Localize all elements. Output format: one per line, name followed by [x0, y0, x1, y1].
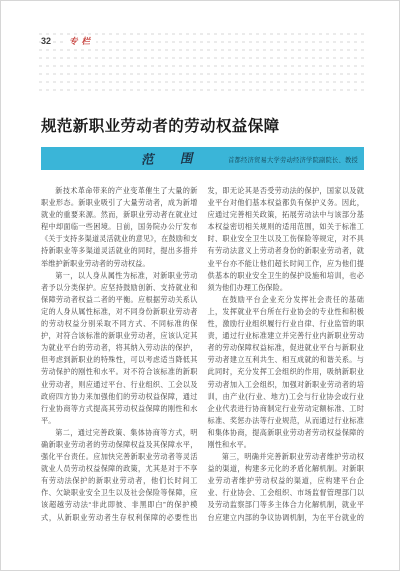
article-title: 规范新职业劳动者的劳动权益保障	[41, 116, 365, 138]
article-body: 新技术革命带来的产业变革催生了大量的新职业形态。新职业吸引了大量劳动者，成为新增…	[41, 185, 364, 525]
page-header: 32 专栏	[41, 35, 96, 47]
article-paragraph: 在鼓励平台企业充分发挥社会责任的基础上，发挥就业平台所在行业协会的专业性和积极性…	[208, 294, 365, 451]
article-paragraph: 新技术革命带来的产业变革催生了大量的新职业形态。新职业吸引了大量劳动者，成为新增…	[41, 185, 198, 270]
page-number: 32	[41, 36, 53, 46]
author-affiliation: 首都经济贸易大学劳动经济学院副院长、教授	[228, 155, 358, 164]
column-label: 专栏	[67, 35, 96, 47]
magazine-page: 32 专栏 规范新职业劳动者的劳动权益保障 范 围 首都经济贸易大学劳动经济学院…	[0, 0, 400, 571]
author-signature: 范 围	[141, 148, 204, 168]
article-paragraph: 第一，以人身从属性为标准，对新职业劳动者予以分类保护。应坚持鼓励创新、支持就业和…	[41, 270, 198, 427]
author-banner: 范 围 首都经济贸易大学劳动经济学院副院长、教授	[41, 147, 364, 170]
